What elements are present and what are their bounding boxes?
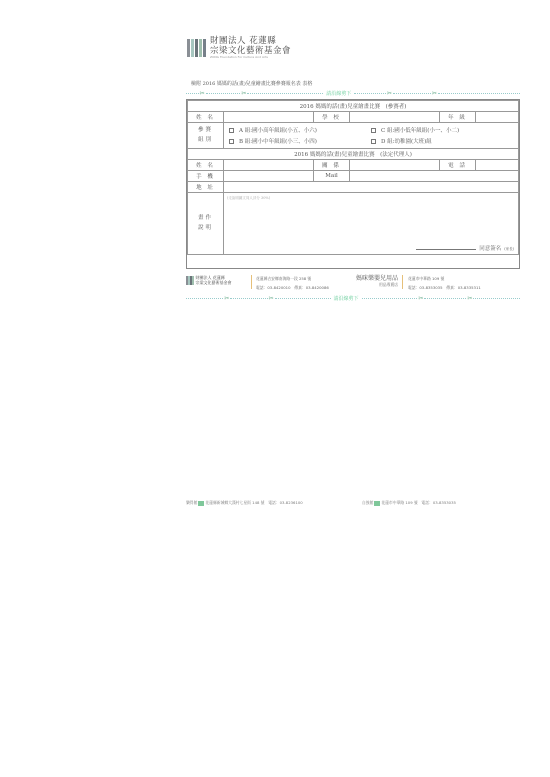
category-option-c[interactable]: C 組:國小低年級組(小一、小二)	[371, 126, 515, 134]
divider	[251, 275, 252, 289]
grade-field[interactable]	[476, 112, 519, 123]
cut-line-label: 請沿線剪下	[326, 90, 351, 97]
footer-contact-2: 電話：03-8353035 傳真：03-8335311	[408, 283, 481, 292]
category-option-label: D 組:幼稚園(大班)組	[381, 137, 432, 145]
participant-section-title: 2016 媽媽的話(畫)兒童繪畫比賽 (參賽者)	[188, 101, 519, 112]
checkbox[interactable]	[371, 128, 376, 133]
guardian-section-title: 2016 媽媽的話(畫)兒童繪畫比賽 (法定代理人)	[188, 149, 519, 160]
signature-line[interactable]	[416, 249, 476, 250]
store-name: 自強館	[362, 500, 373, 506]
scissors-icon: ✂	[200, 90, 205, 97]
category-option-label: B 組:國小中年級組(小三、小四)	[239, 137, 317, 145]
category-option-label: C 組:國小低年級組(小一、小二)	[381, 126, 459, 134]
description-label: 畫作 說明	[188, 193, 224, 255]
category-label-line1: 參賽	[191, 126, 220, 135]
scissors-icon: ✂	[467, 295, 472, 302]
category-option-d[interactable]: D 組:幼稚園(大班)組	[371, 137, 515, 145]
cut-line-top: ✂ ✂ 請沿線剪下 ✂ ✂	[186, 89, 520, 97]
store-address: 花蓮縣新城鄉大漢村七星街 148 號 電話：03-8236100	[205, 500, 302, 506]
phone-label: 電 話	[440, 160, 476, 171]
category-options: A 組:國小高年級組(小五、小六) C 組:國小低年級組(小一、小二) B 組:…	[227, 123, 515, 148]
category-option-a[interactable]: A 組:國小高年級組(小五、小六)	[227, 126, 371, 134]
description-hint: (走說明圖文同人評分 30%)	[227, 196, 515, 201]
org-name-line1: 財團法人 花蓮縣	[210, 37, 291, 46]
registration-form: 2016 媽媽的話(畫)兒童繪畫比賽 (參賽者) 姓 名 學 校 年 級 參賽 …	[186, 99, 520, 269]
signature-label: 同意簽名	[479, 244, 501, 252]
relation-label: 關 係	[314, 160, 350, 171]
logo-mark-icon	[187, 39, 206, 57]
guardian-name-label: 姓 名	[188, 160, 224, 171]
category-label: 參賽 組別	[188, 123, 224, 149]
school-field[interactable]	[350, 112, 440, 123]
category-option-label: A 組:國小高年級組(小五、小六)	[239, 126, 317, 134]
mobile-field[interactable]	[224, 171, 314, 182]
footer-address-2: 花蓮市中華路 109 號	[408, 274, 481, 283]
scissors-icon: ✂	[432, 90, 437, 97]
school-label: 學 校	[314, 112, 350, 123]
signature-note: (家長)	[504, 247, 514, 252]
footer-contact-1: 電話：03-8420010 傳真：03-8420086	[256, 283, 329, 292]
scissors-icon: ✂	[269, 295, 274, 302]
name-label: 姓 名	[188, 112, 224, 123]
checkbox[interactable]	[229, 128, 234, 133]
footer-address-1: 花蓮縣吉安鄉南海路一段 258 號	[256, 274, 329, 283]
mail-label: Mail	[314, 171, 350, 182]
phone-field[interactable]	[476, 160, 519, 171]
address-field[interactable]	[224, 182, 519, 193]
highlight-mark	[374, 501, 380, 506]
store-name: 樂得館	[186, 500, 197, 506]
mobile-label: 手 機	[188, 171, 224, 182]
guardian-name-field[interactable]	[224, 160, 314, 171]
sponsor-brand-name: 媽咪樂嬰兒用品	[346, 273, 398, 282]
footer-org-line2: 宗梁文化藝術基金會	[196, 281, 232, 285]
relation-field[interactable]	[350, 160, 440, 171]
scissors-icon: ✂	[224, 295, 229, 302]
scissors-icon: ✂	[241, 90, 246, 97]
address-label: 地 址	[188, 182, 224, 193]
checkbox[interactable]	[371, 139, 376, 144]
category-label-line2: 組別	[191, 136, 220, 145]
name-field[interactable]	[224, 112, 314, 123]
org-name-line2: 宗梁文化藝術基金會	[210, 47, 291, 56]
highlight-mark	[198, 501, 204, 506]
sponsor-brand-logo: 媽咪樂嬰兒用品 用品專賣店	[346, 273, 398, 288]
org-name-english: ZONG Foundation For Culture And Arts	[210, 56, 291, 59]
store-info-right: 自強館花蓮市中華路 109 號 電話：03-8353035	[362, 500, 456, 506]
sponsor-footer: 財團法人 花蓮縣 宗梁文化藝術基金會 花蓮縣吉安鄉南海路一段 258 號 電話：…	[186, 274, 520, 294]
divider	[402, 275, 403, 289]
cut-line-label: 請沿線剪下	[334, 295, 359, 302]
checkbox[interactable]	[229, 139, 234, 144]
scissors-icon: ✂	[387, 90, 392, 97]
header-logo: 財團法人 花蓮縣 宗梁文化藝術基金會 ZONG Foundation For C…	[187, 37, 291, 59]
sponsor-brand-sub: 用品專賣店	[346, 282, 398, 288]
attachment-title: 檢附 2016 媽媽的話(畫)兒童繪畫比賽參賽報名表 表格	[191, 80, 312, 87]
description-label-line2: 說明	[191, 224, 220, 234]
store-info-left: 樂得館花蓮縣新城鄉大漢村七星街 148 號 電話：03-8236100	[186, 500, 303, 506]
description-field[interactable]: (走說明圖文同人評分 30%) 同意簽名(家長)	[224, 193, 519, 255]
store-address: 花蓮市中華路 109 號 電話：03-8353035	[381, 500, 456, 506]
description-label-line1: 畫作	[191, 214, 220, 224]
logo-mark-icon	[186, 276, 194, 285]
scissors-icon: ✂	[418, 295, 423, 302]
category-option-b[interactable]: B 組:國小中年級組(小三、小四)	[227, 137, 371, 145]
cut-line-bottom: ✂ ✂ 請沿線剪下 ✂ ✂	[186, 294, 520, 302]
mail-field[interactable]	[350, 171, 519, 182]
signature-area[interactable]: 同意簽名(家長)	[416, 244, 514, 252]
footer-org-logo: 財團法人 花蓮縣 宗梁文化藝術基金會	[186, 276, 232, 285]
grade-label: 年 級	[440, 112, 476, 123]
